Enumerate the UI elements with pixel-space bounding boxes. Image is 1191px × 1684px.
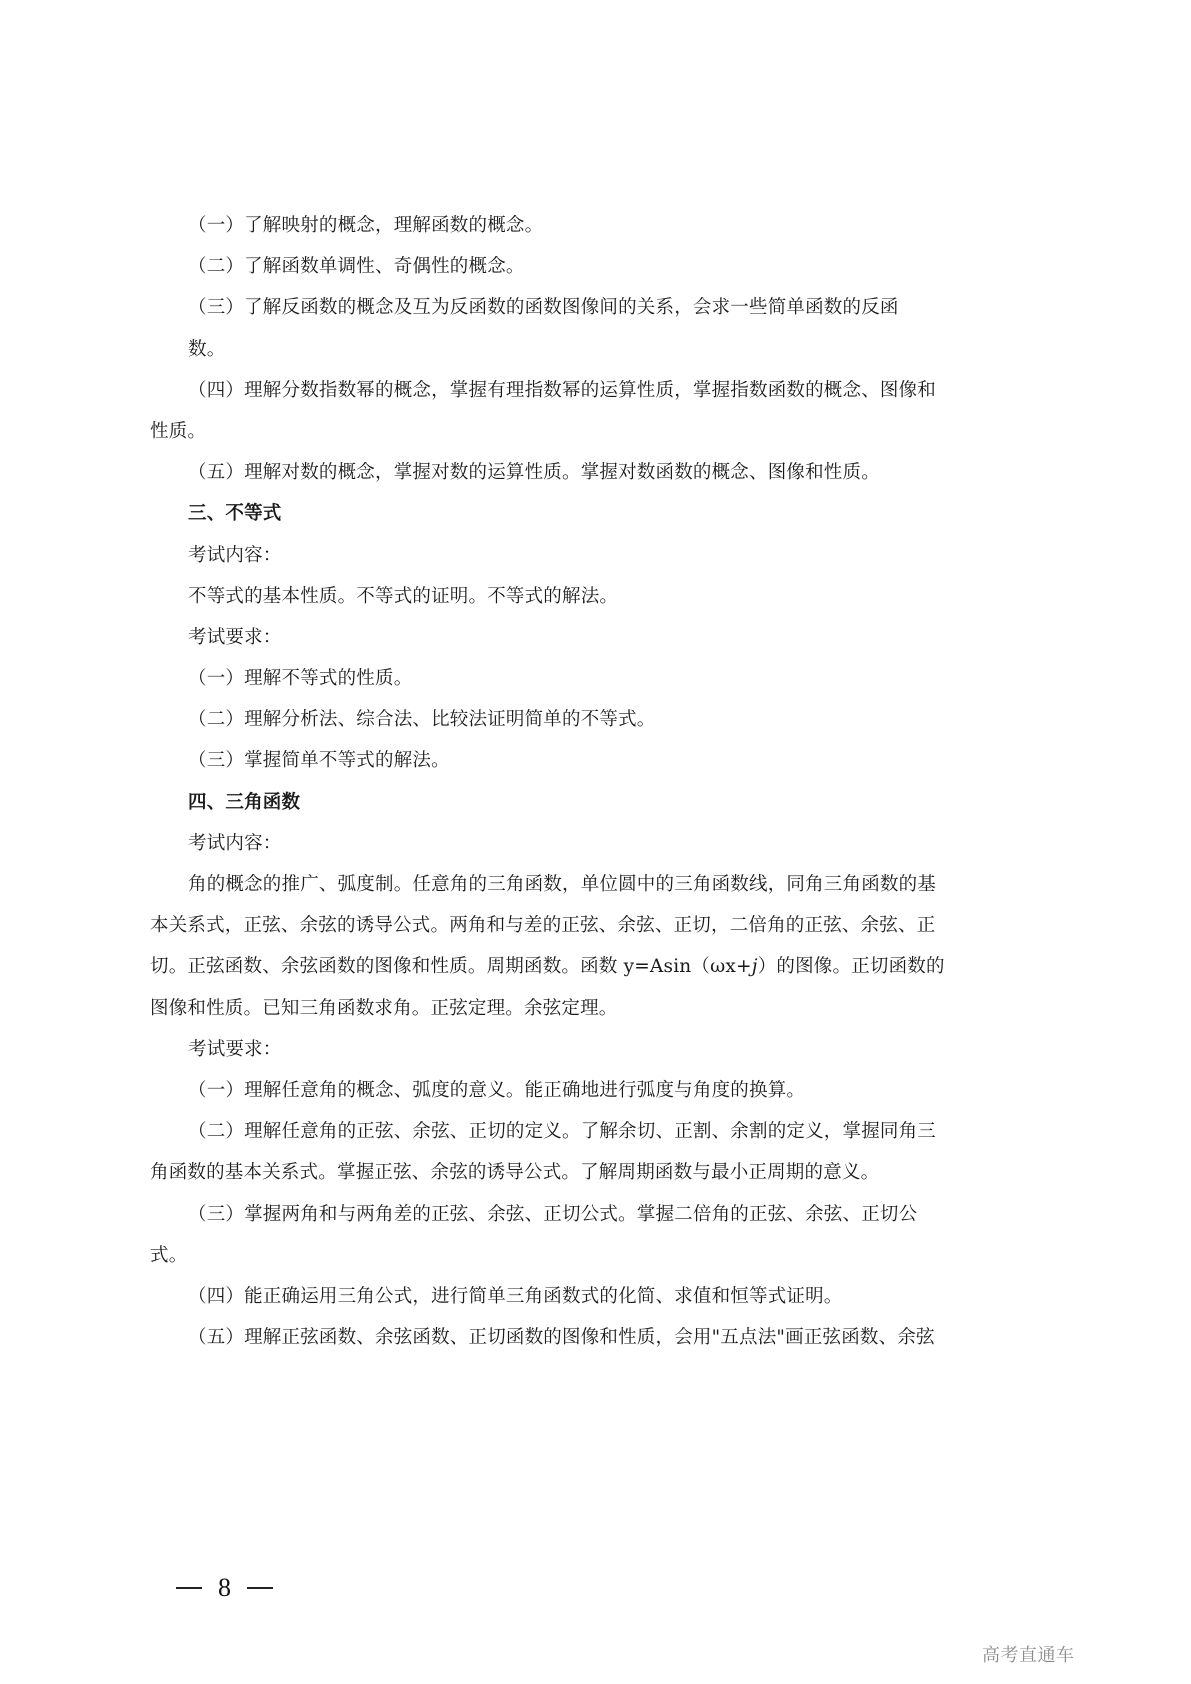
requirements-label: 考试要求： <box>150 617 968 658</box>
content-label: 考试内容： <box>150 823 968 864</box>
document-page: （一）了解映射的概念，理解函数的概念。 （二）了解函数单调性、奇偶性的概念。 （… <box>0 0 1191 1684</box>
content-text-line: 切。正弦函数、余弦函数的图像和性质。周期函数。函数 y=Asin（ωx+j）的图… <box>150 946 968 987</box>
formula-prefix: 切。正弦函数、余弦函数的图像和性质。周期函数。函数 y=Asin（ωx+ <box>150 956 752 977</box>
requirement-item: （四）能正确运用三角公式，进行简单三角函数式的化简、求值和恒等式证明。 <box>150 1276 968 1317</box>
section-heading-trigonometry: 四、三角函数 <box>150 782 968 823</box>
dash-right <box>247 1587 273 1589</box>
requirement-item: （五）理解对数的概念，掌握对数的运算性质。掌握对数函数的概念、图像和性质。 <box>150 452 968 493</box>
content-text: 不等式的基本性质。不等式的证明。不等式的解法。 <box>150 576 968 617</box>
dash-left <box>176 1587 202 1589</box>
requirement-item: （五）理解正弦函数、余弦函数、正切函数的图像和性质，会用"五点法"画正弦函数、余… <box>150 1317 968 1358</box>
formula-suffix: ）的图像。正切函数的 <box>758 956 945 977</box>
requirement-item: （三）了解反函数的概念及互为反函数的函数图像间的关系，会求一些简单函数的反函 <box>150 287 968 328</box>
requirement-item: （二）了解函数单调性、奇偶性的概念。 <box>150 246 968 287</box>
watermark: 高考直通车 <box>982 1641 1075 1667</box>
requirement-item-continuation: 式。 <box>150 1235 968 1276</box>
page-number-value: 8 <box>218 1573 231 1603</box>
requirement-item-continuation: 数。 <box>150 329 968 370</box>
requirement-item: （三）掌握两角和与两角差的正弦、余弦、正切公式。掌握二倍角的正弦、余弦、正切公 <box>150 1194 968 1235</box>
requirement-item: （二）理解分析法、综合法、比较法证明简单的不等式。 <box>150 699 968 740</box>
page-content: （一）了解映射的概念，理解函数的概念。 （二）了解函数单调性、奇偶性的概念。 （… <box>150 205 968 1358</box>
requirement-item: （四）理解分数指数幂的概念，掌握有理指数幂的运算性质，掌握指数函数的概念、图像和 <box>150 370 968 411</box>
requirement-item: （一）理解任意角的概念、弧度的意义。能正确地进行弧度与角度的换算。 <box>150 1070 968 1111</box>
requirement-item: （三）掌握简单不等式的解法。 <box>150 740 968 781</box>
requirement-item: （一）了解映射的概念，理解函数的概念。 <box>150 205 968 246</box>
requirement-item-continuation: 性质。 <box>150 411 968 452</box>
page-number: 8 <box>176 1573 273 1603</box>
requirement-item: （一）理解不等式的性质。 <box>150 658 968 699</box>
content-text-line: 本关系式，正弦、余弦的诱导公式。两角和与差的正弦、余弦、正切，二倍角的正弦、余弦… <box>150 905 968 946</box>
section-heading-inequalities: 三、不等式 <box>150 493 968 534</box>
content-label: 考试内容： <box>150 535 968 576</box>
requirement-item-continuation: 角函数的基本关系式。掌握正弦、余弦的诱导公式。了解周期函数与最小正周期的意义。 <box>150 1152 968 1193</box>
requirements-label: 考试要求： <box>150 1029 968 1070</box>
content-text-line: 图像和性质。已知三角函数求角。正弦定理。余弦定理。 <box>150 988 968 1029</box>
content-text-line: 角的概念的推广、弧度制。任意角的三角函数，单位圆中的三角函数线，同角三角函数的基 <box>150 864 968 905</box>
requirement-item: （二）理解任意角的正弦、余弦、正切的定义。了解余切、正割、余割的定义，掌握同角三 <box>150 1111 968 1152</box>
